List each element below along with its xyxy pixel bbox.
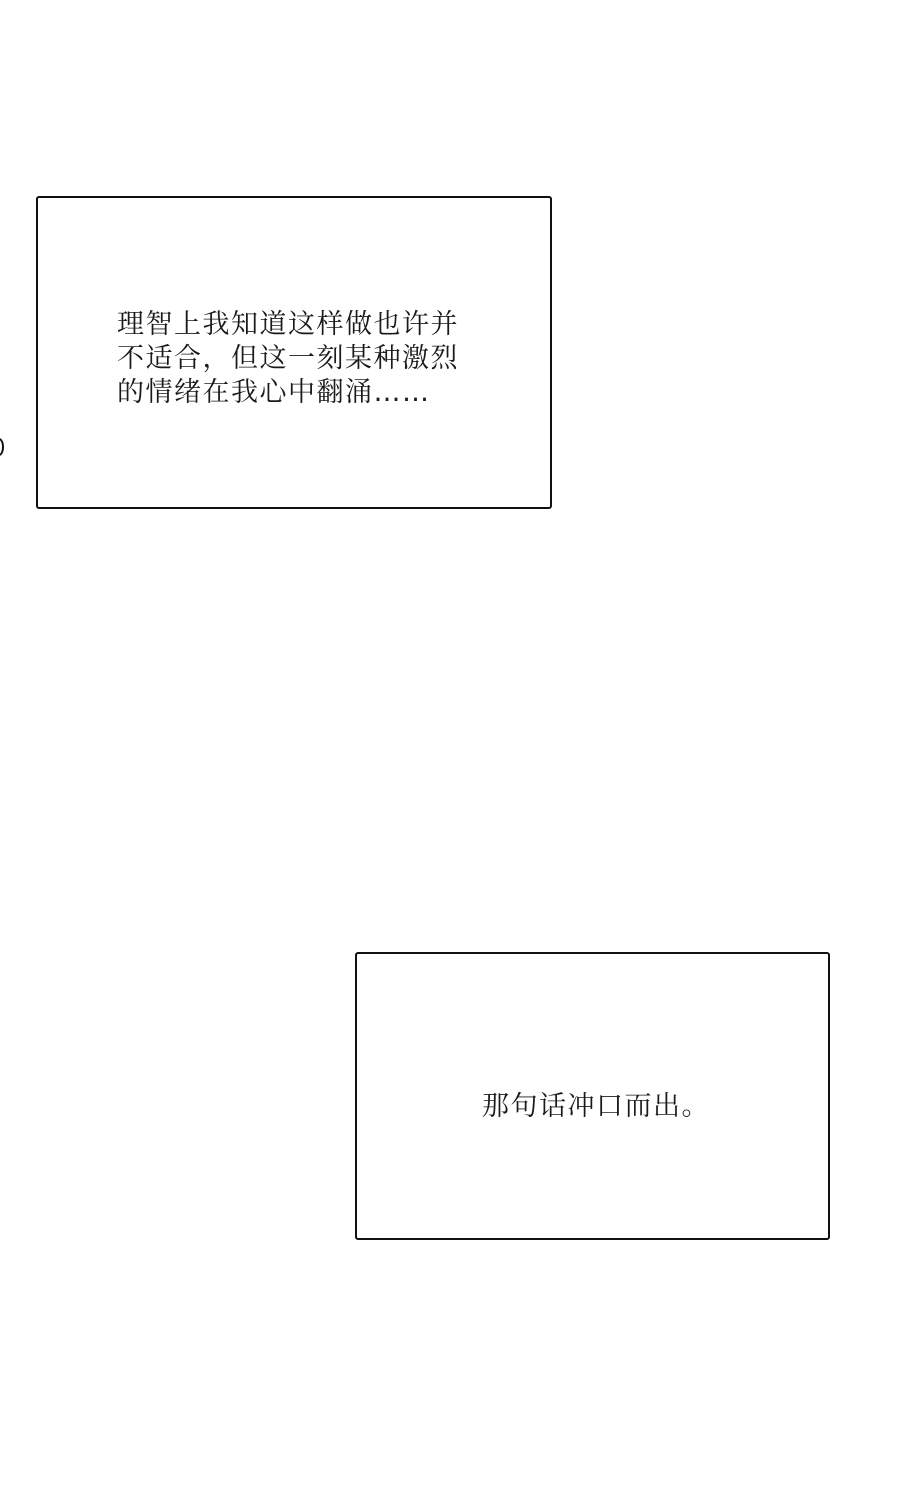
cropped-speech-bubble-edge bbox=[0, 438, 4, 456]
narration-text-1: 理智上我知道这样做也许并 不适合，但这一刻某种激烈 的情绪在我心中翻涌…… bbox=[117, 308, 459, 410]
narration-line: 那句话冲口而出。 bbox=[482, 1090, 710, 1124]
narration-line: 的情绪在我心中翻涌…… bbox=[117, 376, 459, 410]
narration-text-2: 那句话冲口而出。 bbox=[482, 1090, 710, 1124]
narration-box-1: 理智上我知道这样做也许并 不适合，但这一刻某种激烈 的情绪在我心中翻涌…… bbox=[36, 196, 552, 509]
narration-line: 不适合，但这一刻某种激烈 bbox=[117, 342, 459, 376]
narration-box-2: 那句话冲口而出。 bbox=[355, 952, 830, 1240]
narration-line: 理智上我知道这样做也许并 bbox=[117, 308, 459, 342]
